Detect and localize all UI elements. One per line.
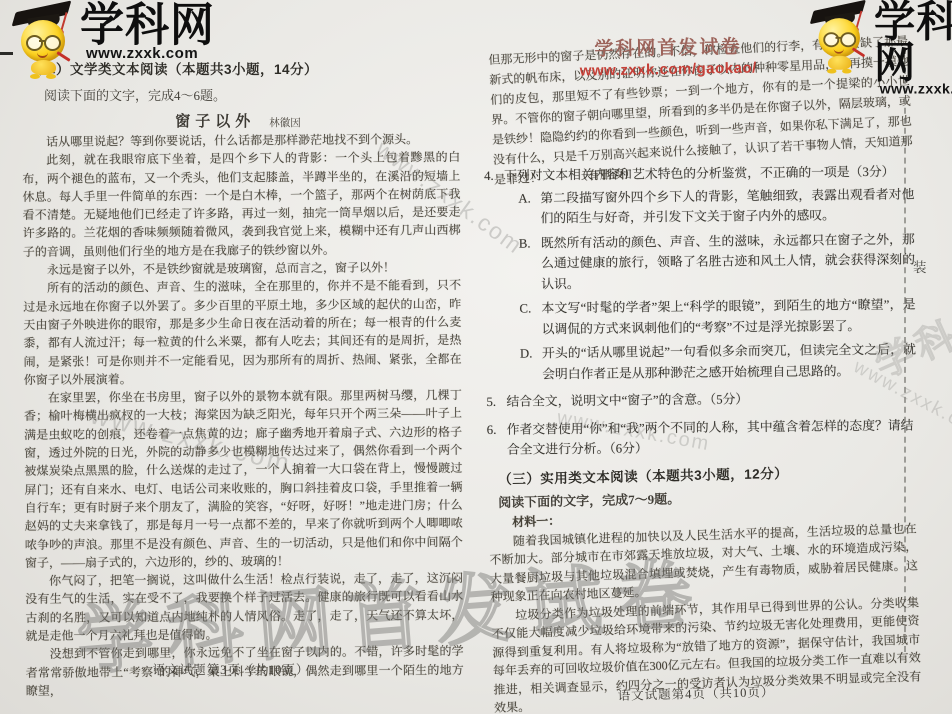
question-4: 4. 下列对文本相关内容和艺术特色的分析鉴赏，不正确的一项是（3分） A. 第二… — [484, 161, 916, 384]
essay-author: 林徽因 — [269, 118, 301, 129]
option-c: C. 本文写“时髦的学者”架上“科学的眼镜”，到陌生的地方“瞭望”，是以调侃的方… — [519, 294, 915, 339]
question-number: 4. — [484, 166, 494, 187]
option-text: 开头的“话从哪里说起”一句看似多余而突兀，但读完全文之后，就会明白作者正是从那种… — [542, 342, 916, 380]
question-stem: 作者交替使用“你”和“我”两个不同的人称，其中蕴含着怎样的态度？请结合全文进行分… — [507, 418, 914, 457]
option-b: B. 既然所有活动的颜色、声音、生的滋味，永远都只在窗子之外，那么通过健康的旅行… — [519, 229, 916, 295]
zxxk-logo: 学科网 www.zxxk.com — [14, 5, 215, 81]
page3-footer: 语文试题第3页（共10页） — [0, 660, 462, 678]
question-5: 5. 结合全文，说明文中“窗子”的含意。（5分） — [486, 387, 916, 412]
essay-title: 窗子以外 — [175, 114, 255, 130]
zxxk-mascot-icon — [812, 4, 872, 75]
scanned-exam-sheet: 学科网 www.zxxk.com （二）文学类文本阅读（本题共3小题，14分） … — [0, 0, 952, 714]
essay-paragraph: 你气闷了，把笔一搁说，这叫做什么生活！检点行装说，走了，走了，这沉闷没有生气的生… — [25, 569, 464, 645]
option-a: A. 第二段描写窗外四个乡下人的背影，笔触细致，表露出观看者对他们的陌生与好奇，… — [518, 184, 914, 229]
option-label: B. — [519, 233, 531, 254]
option-text: 既然所有活动的颜色、声音、生的滋味，永远都只在窗子之外，那么通过健康的旅行，领略… — [541, 232, 915, 291]
banner-title: 学科网首发试卷 — [532, 31, 804, 63]
exam-page-3: 学科网 www.zxxk.com （二）文学类文本阅读（本题共3小题，14分） … — [0, 0, 476, 714]
essay-title-row: 窗子以外 林徽因 — [0, 110, 476, 131]
exam-page-4: 学科网首发试卷 www.zxxk.com/gaokao/ 学科网 www.zxx… — [476, 0, 952, 714]
reading-instruction: 阅读下面的文字，完成7～9题。 — [498, 488, 680, 511]
section3-header: （三）实用类文本阅读（本题共3小题，12分） — [498, 462, 788, 488]
zxxk-red-banner: 学科网首发试卷 www.zxxk.com/gaokao/ — [532, 31, 805, 81]
question-number: 6. — [487, 419, 497, 440]
binding-label: 装 — [913, 256, 927, 276]
option-label: D. — [520, 344, 533, 365]
scan-edge-mark — [0, 52, 13, 55]
option-label: A. — [518, 188, 531, 209]
essay-paragraph: 此刻，就在我眼帘底下坐着，是四个乡下人的背影：一个头上包着黪黑的白布，两个褪色的… — [22, 148, 461, 261]
option-text: 第二段描写窗外四个乡下人的背影，笔触细致，表露出观看者对他们的陌生与好奇，并引发… — [540, 187, 914, 225]
material-paragraph: 随着我国城镇化进程的加快以及人民生活水平的提高，生活垃圾的总量也在不断加大。部分… — [489, 519, 919, 606]
option-text: 本文写“时髦的学者”架上“科学的眼镜”，到陌生的地方“瞭望”，是以调侃的方式来讽… — [541, 297, 915, 335]
zxxk-logo: 学科网 www.zxxk.c — [812, 4, 952, 97]
essay-body: 话从哪里说起？等到你要说话，什么话都是那样渺茫地找不到个源头。 此刻，就在我眼帘… — [22, 130, 464, 700]
option-label: C. — [519, 299, 531, 320]
question-6: 6. 作者交替使用“你”和“我”两个不同的人称，其中蕴含着怎样的态度？请结合全文… — [487, 415, 917, 461]
reading-instruction: 阅读下面的文字，完成4～6题。 — [44, 85, 226, 104]
question-stem: 结合全文，说明文中“窗子”的含意。（5分） — [506, 392, 748, 409]
question-4-options: A. 第二段描写窗外四个乡下人的背影，笔触细致，表露出观看者对他们的陌生与好奇，… — [518, 184, 916, 385]
option-d: D. 开头的“话从哪里说起”一句看似多余而突兀，但读完全文之后，就会明白作者正是… — [520, 339, 916, 384]
zxxk-brand-text: 学科网 — [80, 4, 215, 47]
binding-dotted-line — [904, 48, 906, 652]
zxxk-brand-text: 学科网 — [874, 2, 952, 84]
question-number: 5. — [486, 392, 496, 413]
question-block: 4. 下列对文本相关内容和艺术特色的分析鉴赏，不正确的一项是（3分） A. 第二… — [484, 161, 917, 460]
zxxk-mascot-icon — [14, 5, 78, 81]
question-stem: 下列对文本相关内容和艺术特色的分析鉴赏，不正确的一项是（3分） — [504, 165, 894, 183]
essay-paragraph: 在家里罢，你坐在书房里，窗子以外的景物本就有限。那里两树马缨，几棵丁香；榆叶梅横… — [24, 386, 463, 572]
essay-paragraph: 所有的活动的颜色、声音、生的滋味，全在那里的，你并不是不能看到，只不过是永远地在… — [23, 276, 462, 389]
